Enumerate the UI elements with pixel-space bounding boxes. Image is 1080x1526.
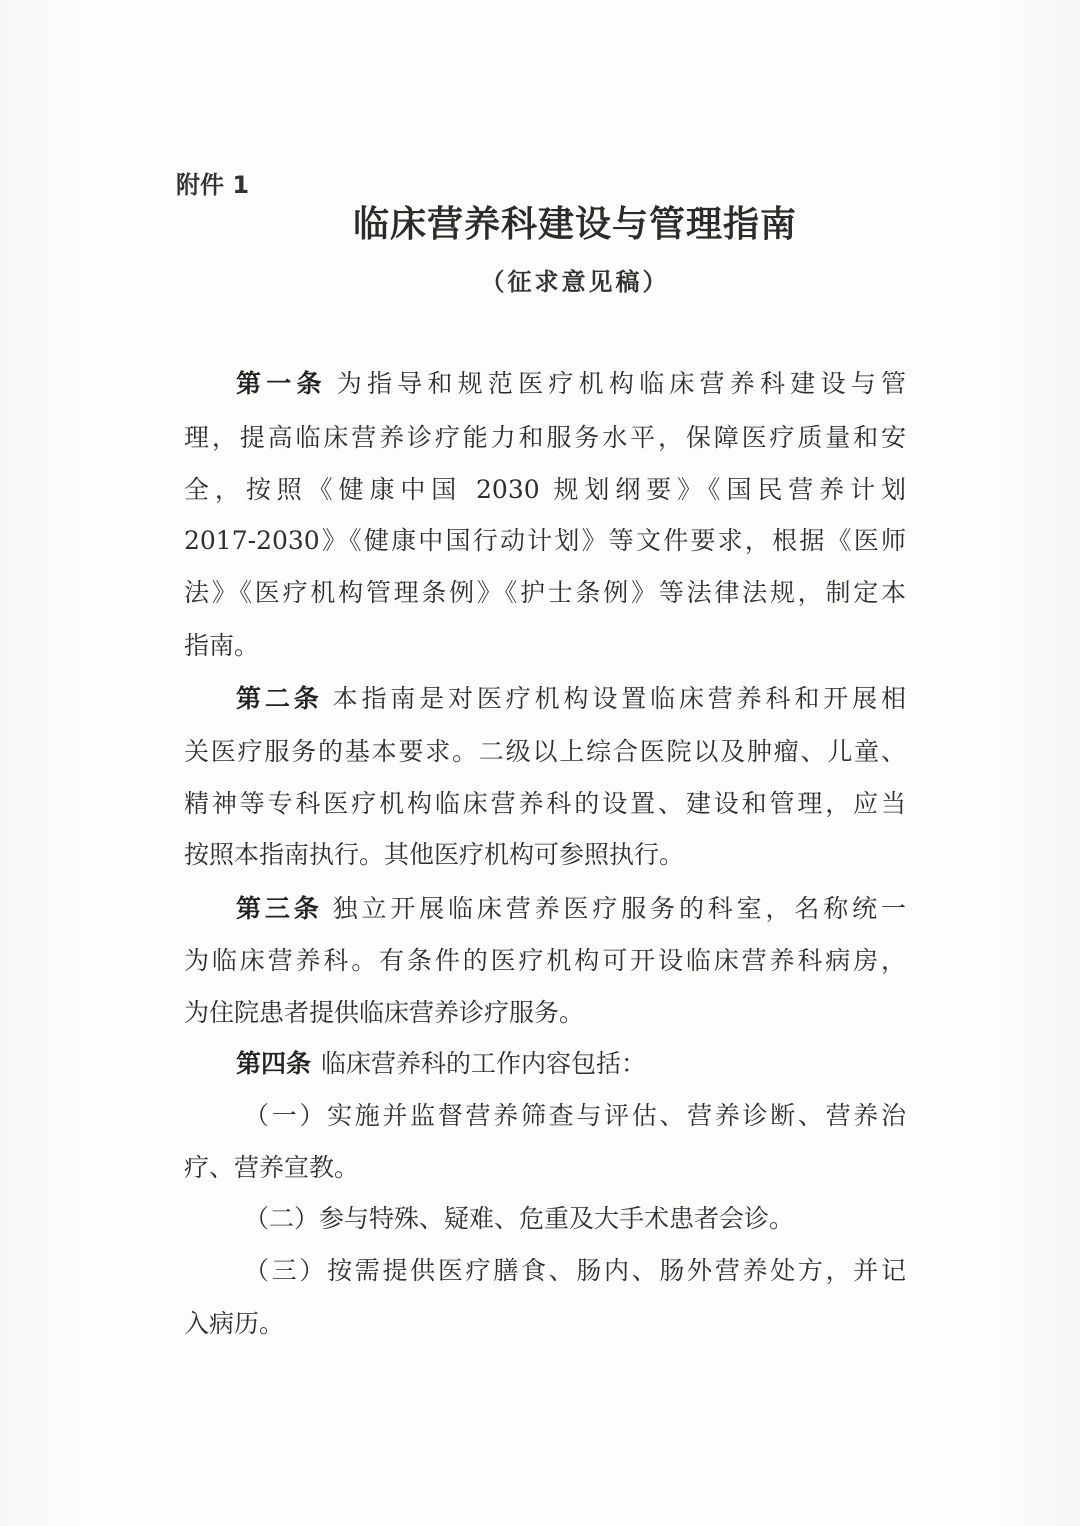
- paragraph-line: 全，按照《健康中国 2030 规划纲要》《国民营养计划: [184, 474, 906, 506]
- document-title: 临床营养科建设与管理指南: [0, 196, 1080, 247]
- paragraph-line: 关医疗服务的基本要求。二级以上综合医院以及肿瘤、儿童、: [184, 736, 906, 768]
- list-item-line: 疗、营养宣教。: [184, 1152, 906, 1184]
- paragraph-line: 第二条本指南是对医疗机构设置临床营养科和开展相: [236, 683, 906, 715]
- paragraph-line: 按照本指南执行。其他医疗机构可参照执行。: [184, 839, 906, 871]
- paragraph-line: 理，提高临床营养诊疗能力和服务水平，保障医疗质量和安: [184, 422, 906, 454]
- paragraph-line: 第一条为指导和规范医疗机构临床营养科建设与管: [236, 368, 906, 400]
- list-item-line: 入病历。: [184, 1308, 906, 1340]
- paragraph-line: 法》《医疗机构管理条例》《护士条例》等法律法规，制定本: [184, 577, 906, 609]
- paragraph-line: 2017-2030》《健康中国行动计划》等文件要求，根据《医师: [184, 525, 906, 557]
- list-item-line: （二）参与特殊、疑难、危重及大手术患者会诊。: [244, 1203, 906, 1235]
- article-label: 第一条: [236, 369, 327, 398]
- article-label: 第三条: [236, 894, 323, 923]
- document-page: 附件 1 临床营养科建设与管理指南 （征求意见稿） 第一条为指导和规范医疗机构临…: [0, 0, 1080, 1526]
- paragraph-line: 指南。: [184, 630, 906, 662]
- list-item-line: （三）按需提供医疗膳食、肠内、肠外营养处方，并记: [244, 1255, 906, 1287]
- paragraph-line: 精神等专科医疗机构临床营养科的设置、建设和管理，应当: [184, 788, 906, 820]
- paragraph-line: 为临床营养科。有条件的医疗机构可开设临床营养科病房，: [184, 945, 906, 977]
- attachment-label: 附件 1: [176, 165, 249, 200]
- list-item-line: （一）实施并监督营养筛查与评估、营养诊断、营养治: [244, 1100, 906, 1132]
- paragraph-line: 第四条临床营养科的工作内容包括：: [236, 1048, 906, 1080]
- paragraph-line: 第三条独立开展临床营养医疗服务的科室，名称统一: [236, 893, 906, 925]
- document-subtitle: （征求意见稿）: [0, 262, 1080, 297]
- article-label: 第二条: [236, 684, 323, 713]
- article-label: 第四条: [236, 1049, 311, 1078]
- paragraph-line: 为住院患者提供临床营养诊疗服务。: [184, 997, 906, 1029]
